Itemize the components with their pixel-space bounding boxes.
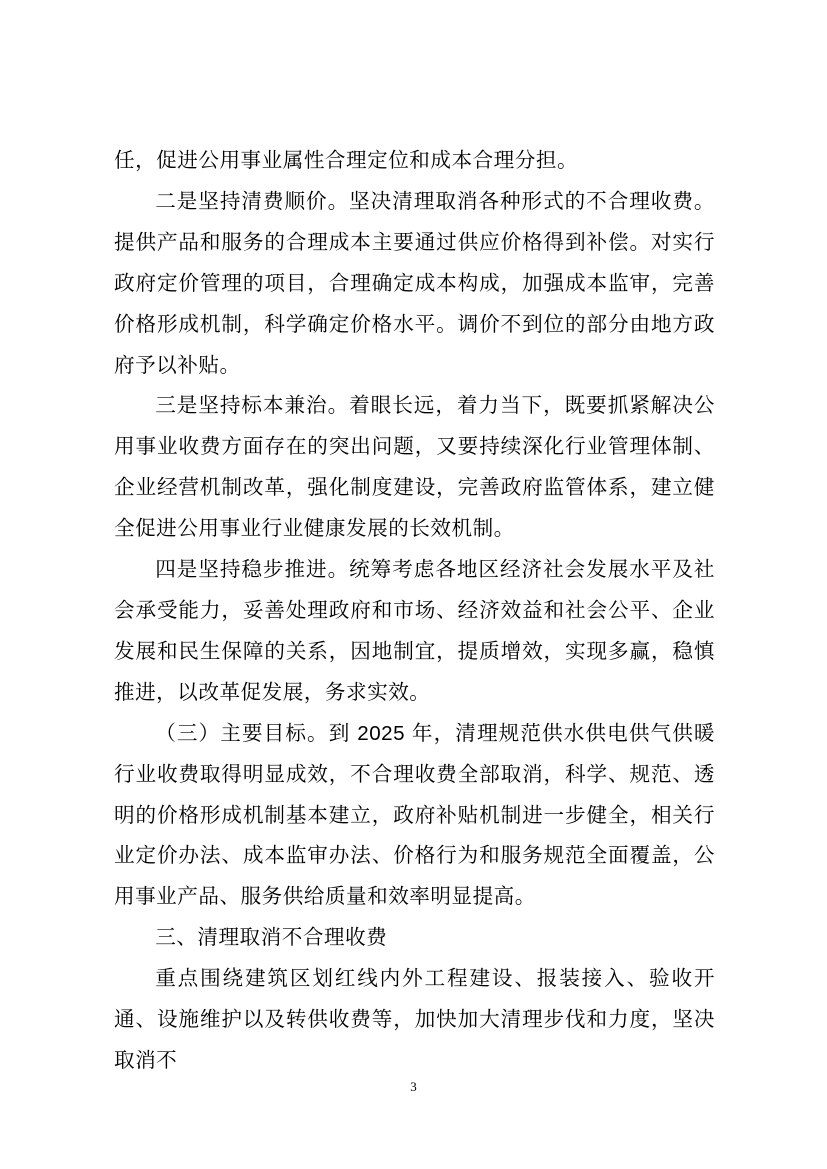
page-number: 3 xyxy=(410,1079,417,1094)
continuation-line: 任，促进公用事业属性合理定位和成本合理分担。 xyxy=(114,141,715,182)
document-page: 任，促进公用事业属性合理定位和成本合理分担。 二是坚持清费顺价。坚决清理取消各种… xyxy=(0,0,827,1169)
body-paragraph: 二是坚持清费顺价。坚决清理取消各种形式的不合理收费。提供产品和服务的合理成本主要… xyxy=(114,182,715,387)
section-heading: 三、清理取消不合理收费 xyxy=(114,918,715,959)
body-paragraph: （三）主要目标。到 2025 年，清理规范供水供电供气供暖行业收费取得明显成效，… xyxy=(114,714,715,919)
body-paragraph: 重点围绕建筑区划红线内外工程建设、报装接入、验收开通、设施维护以及转供收费等，加… xyxy=(114,959,715,1082)
body-paragraph: 三是坚持标本兼治。着眼长远，着力当下，既要抓紧解决公用事业收费方面存在的突出问题… xyxy=(114,386,715,550)
page-footer: 3 xyxy=(0,1079,827,1095)
body-paragraph: 四是坚持稳步推进。统筹考虑各地区经济社会发展水平及社会承受能力，妥善处理政府和市… xyxy=(114,550,715,714)
document-text-column: 任，促进公用事业属性合理定位和成本合理分担。 二是坚持清费顺价。坚决清理取消各种… xyxy=(114,141,715,1082)
